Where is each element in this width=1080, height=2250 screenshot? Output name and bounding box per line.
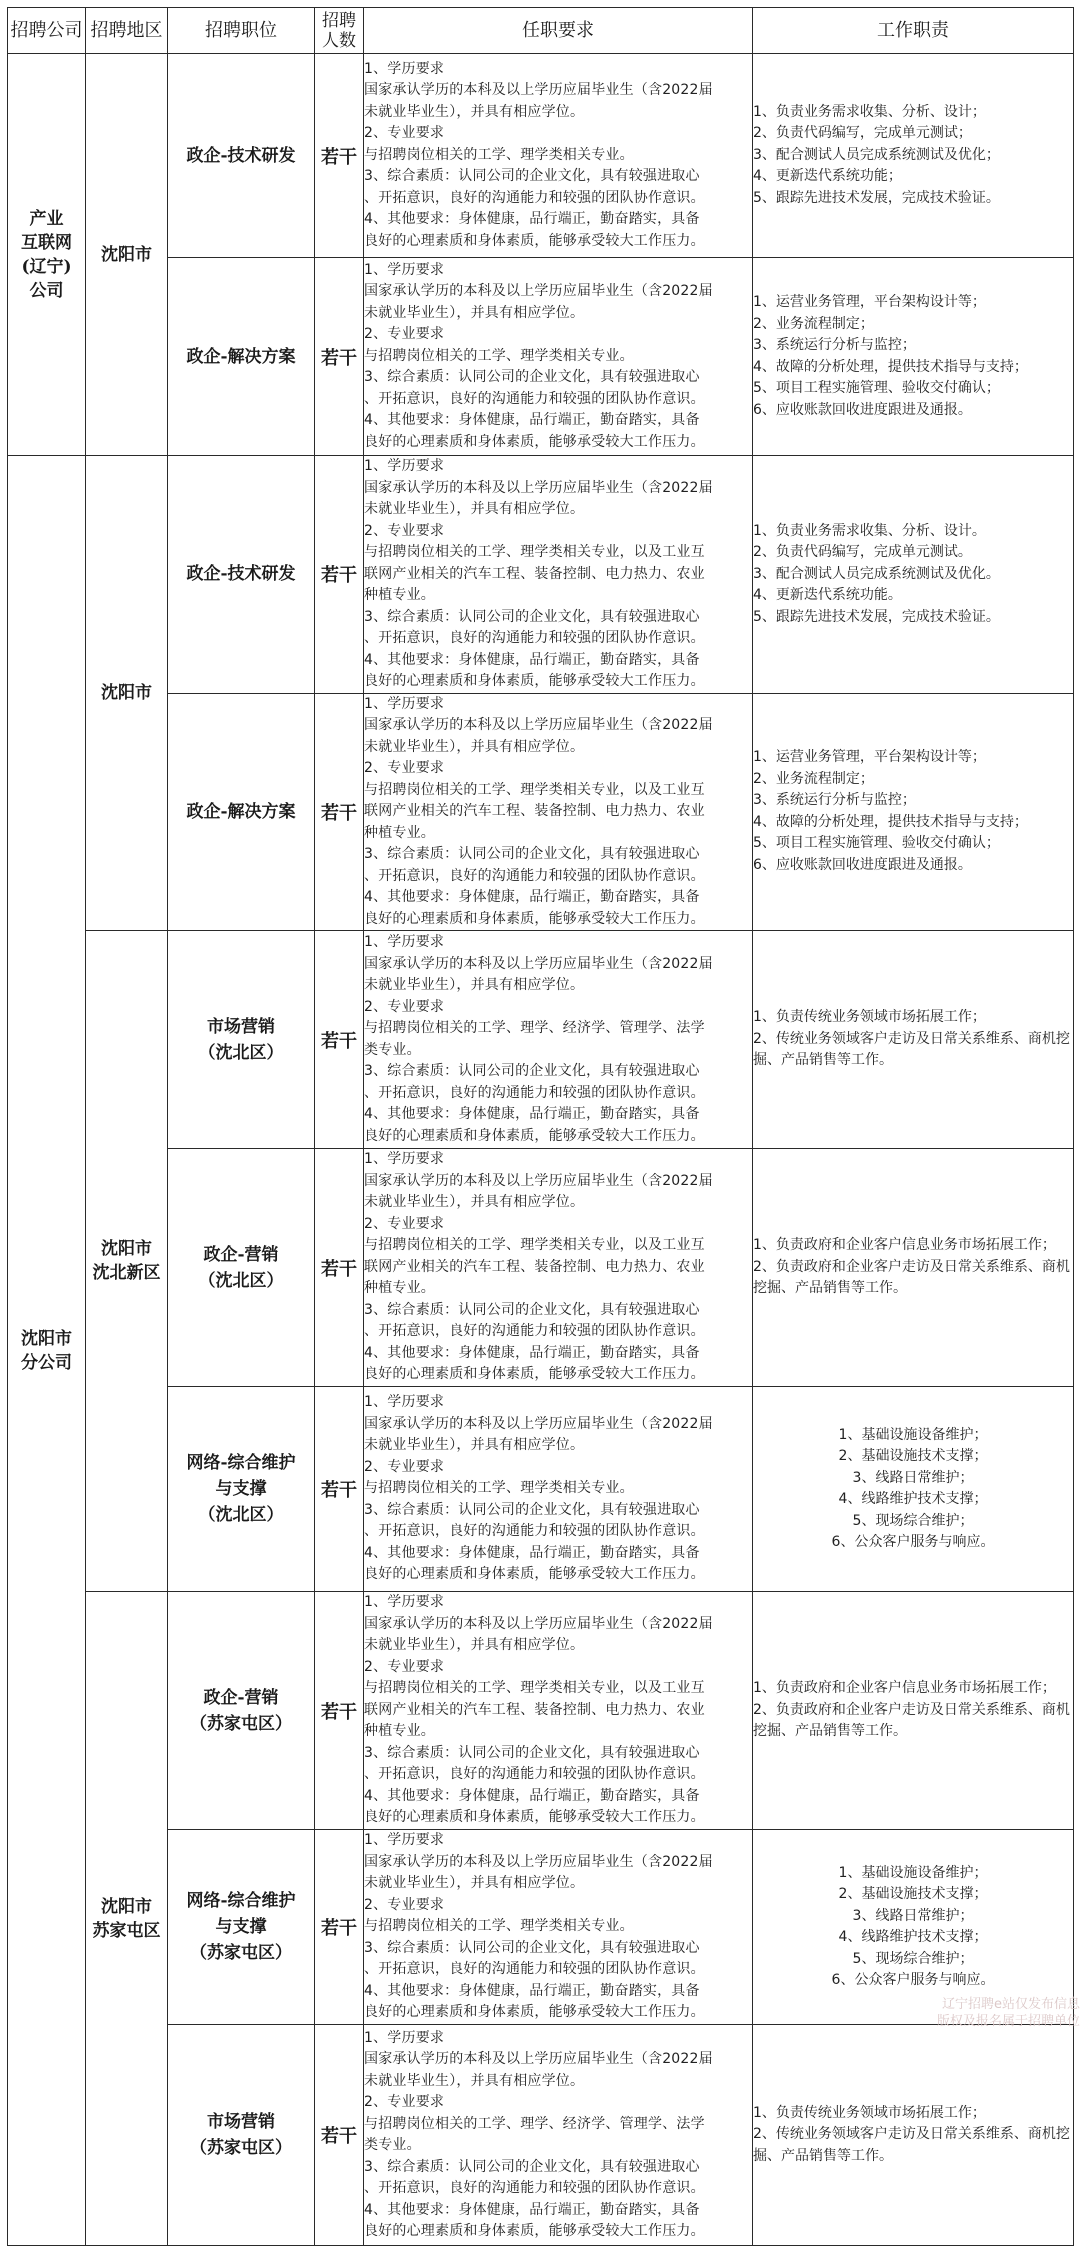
- duty-line: 6、应收账款回收进度跟进及通报。: [753, 400, 1073, 422]
- duty-line: 3、系统运行分析与监控；: [753, 790, 1073, 812]
- requirement-line: 1、学历要求: [364, 1149, 752, 1171]
- count-cell: 若干: [315, 456, 364, 694]
- requirement-line: 4、其他要求：身体健康，品行端正，勤奋踏实，具备: [364, 2200, 752, 2222]
- duty-line: 2、业务流程制定；: [753, 769, 1073, 791]
- requirement-line: 种植专业。: [364, 585, 752, 607]
- count-cell: 若干: [315, 1387, 364, 1592]
- duty-line: 4、故障的分析处理，提供技术指导与支持；: [753, 812, 1073, 834]
- requirement-line: 国家承认学历的本科及以上学历应届毕业生（含2022届: [364, 1171, 752, 1193]
- requirement-line: 2、专业要求: [364, 123, 752, 145]
- duty-line: 4、更新迭代系统功能；: [753, 166, 1073, 188]
- requirement-line: 良好的心理素质和身体素质，能够承受较大工作压力。: [364, 1126, 752, 1148]
- header-count: 招聘 人数: [315, 8, 364, 54]
- duty-line: 2、基础设施技术支撑；: [753, 1446, 1073, 1468]
- requirements-cell: 1、学历要求国家承认学历的本科及以上学历应届毕业生（含2022届未就业毕业生），…: [364, 456, 753, 694]
- requirement-line: 未就业毕业生），并具有相应学位。: [364, 975, 752, 997]
- region-cell-line: 苏家屯区: [86, 1919, 167, 1943]
- position-cell: 政企-营销（沈北区）: [168, 1149, 315, 1387]
- header-count-line2: 人数: [315, 31, 363, 51]
- position-cell: 网络-综合维护与支撑（沈北区）: [168, 1387, 315, 1592]
- duty-line: 6、公众客户服务与响应。: [753, 1970, 1073, 1992]
- requirement-line: 3、综合素质：认同公司的企业文化，具有较强进取心: [364, 166, 752, 188]
- company-cell-line: (辽宁): [8, 255, 85, 279]
- duties-cell: 1、运营业务管理，平台架构设计等；2、业务流程制定；3、系统运行分析与监控；4、…: [753, 693, 1074, 931]
- duties-cell: 1、基础设施设备维护；2、基础设施技术支撑；3、线路日常维护；4、线路维护技术支…: [753, 1830, 1074, 2025]
- requirement-line: 2、专业要求: [364, 1457, 752, 1479]
- table-row: 产业互联网(辽宁)公司沈阳市政企-技术研发若干1、学历要求国家承认学历的本科及以…: [8, 54, 1074, 258]
- duty-line: 6、公众客户服务与响应。: [753, 1532, 1073, 1554]
- requirement-line: 1、学历要求: [364, 456, 752, 478]
- header-requirements: 任职要求: [364, 8, 753, 54]
- requirement-line: 国家承认学历的本科及以上学历应届毕业生（含2022届: [364, 80, 752, 102]
- region-cell-line: 沈北新区: [86, 1261, 167, 1285]
- header-company: 招聘公司: [8, 8, 86, 54]
- requirement-line: 与招聘岗位相关的工学、理学类相关专业。: [364, 346, 752, 368]
- requirement-line: 4、其他要求：身体健康，品行端正，勤奋踏实，具备: [364, 887, 752, 909]
- requirement-line: 2、专业要求: [364, 1895, 752, 1917]
- requirement-line: 3、综合素质：认同公司的企业文化，具有较强进取心: [364, 367, 752, 389]
- requirement-line: 4、其他要求：身体健康，品行端正，勤奋踏实，具备: [364, 650, 752, 672]
- requirement-line: 、开拓意识，良好的沟通能力和较强的团队协作意识。: [364, 1521, 752, 1543]
- requirement-line: 与招聘岗位相关的工学、理学类相关专业。: [364, 145, 752, 167]
- requirement-line: 类专业。: [364, 2135, 752, 2157]
- position-cell: 政企-解决方案: [168, 258, 315, 456]
- requirement-line: 与招聘岗位相关的工学、理学类相关专业，以及工业互: [364, 1678, 752, 1700]
- company-cell: 产业互联网(辽宁)公司: [8, 54, 86, 456]
- duty-line: 1、负责政府和企业客户信息业务市场拓展工作；: [753, 1235, 1073, 1257]
- requirement-line: 1、学历要求: [364, 932, 752, 954]
- duty-line: 3、配合测试人员完成系统测试及优化；: [753, 145, 1073, 167]
- requirement-line: 、开拓意识，良好的沟通能力和较强的团队协作意识。: [364, 1321, 752, 1343]
- requirement-line: 1、学历要求: [364, 1392, 752, 1414]
- duty-line: 5、跟踪先进技术发展，完成技术验证。: [753, 188, 1073, 210]
- position-cell: 政企-技术研发: [168, 54, 315, 258]
- position-cell: 政企-技术研发: [168, 456, 315, 694]
- requirement-line: 种植专业。: [364, 823, 752, 845]
- duty-line: 1、运营业务管理，平台架构设计等；: [753, 747, 1073, 769]
- table-row: 网络-综合维护与支撑（沈北区）若干1、学历要求国家承认学历的本科及以上学历应届毕…: [8, 1387, 1074, 1592]
- requirement-line: 与招聘岗位相关的工学、理学、经济学、管理学、法学: [364, 2114, 752, 2136]
- requirement-line: 2、专业要求: [364, 521, 752, 543]
- company-cell-line: 公司: [8, 279, 85, 303]
- table-row: 政企-营销（沈北区）若干1、学历要求国家承认学历的本科及以上学历应届毕业生（含2…: [8, 1149, 1074, 1387]
- requirement-line: 3、综合素质：认同公司的企业文化，具有较强进取心: [364, 1743, 752, 1765]
- requirement-line: 2、专业要求: [364, 324, 752, 346]
- requirement-line: 国家承认学历的本科及以上学历应届毕业生（含2022届: [364, 2049, 752, 2071]
- position-cell-line: （苏家屯区）: [168, 2135, 314, 2161]
- position-cell-line: （苏家屯区）: [168, 1711, 314, 1737]
- requirement-line: 1、学历要求: [364, 1592, 752, 1614]
- company-cell-line: 分公司: [8, 1351, 85, 1375]
- requirement-line: 2、专业要求: [364, 758, 752, 780]
- position-cell-line: （沈北区）: [168, 1268, 314, 1294]
- requirement-line: 、开拓意识，良好的沟通能力和较强的团队协作意识。: [364, 2178, 752, 2200]
- duties-cell: 1、负责传统业务领域市场拓展工作；2、传统业务领域客户走访及日常关系维系、商机挖…: [753, 931, 1074, 1149]
- position-cell-line: 网络-综合维护: [168, 1888, 314, 1914]
- duties-cell: 1、基础设施设备维护；2、基础设施技术支撑；3、线路日常维护；4、线路维护技术支…: [753, 1387, 1074, 1592]
- position-cell-line: （沈北区）: [168, 1502, 314, 1528]
- requirement-line: 与招聘岗位相关的工学、理学类相关专业，以及工业互: [364, 1235, 752, 1257]
- company-cell-line: 产业: [8, 207, 85, 231]
- requirement-line: 未就业毕业生），并具有相应学位。: [364, 303, 752, 325]
- count-cell: 若干: [315, 2025, 364, 2246]
- duty-line: 3、线路日常维护；: [753, 1468, 1073, 1490]
- requirement-line: 2、专业要求: [364, 2092, 752, 2114]
- requirement-line: 国家承认学历的本科及以上学历应届毕业生（含2022届: [364, 1414, 752, 1436]
- duty-line: 5、项目工程实施管理、验收交付确认；: [753, 833, 1073, 855]
- region-cell: 沈阳市: [86, 54, 168, 456]
- requirement-line: 未就业毕业生），并具有相应学位。: [364, 1192, 752, 1214]
- requirement-line: 、开拓意识，良好的沟通能力和较强的团队协作意识。: [364, 389, 752, 411]
- requirement-line: 联网产业相关的汽车工程、装备控制、电力热力、农业: [364, 1700, 752, 1722]
- count-cell: 若干: [315, 1149, 364, 1387]
- duty-line: 2、负责政府和企业客户走访及日常关系维系、商机挖掘、产品销售等工作。: [753, 1700, 1073, 1743]
- requirement-line: 3、综合素质：认同公司的企业文化，具有较强进取心: [364, 607, 752, 629]
- requirement-line: 良好的心理素质和身体素质，能够承受较大工作压力。: [364, 671, 752, 693]
- requirement-line: 未就业毕业生），并具有相应学位。: [364, 1873, 752, 1895]
- table-row: 沈阳市分公司沈阳市政企-技术研发若干1、学历要求国家承认学历的本科及以上学历应届…: [8, 456, 1074, 694]
- region-cell: 沈阳市苏家屯区: [86, 1592, 168, 2246]
- duties-cell: 1、负责传统业务领域市场拓展工作；2、传统业务领域客户走访及日常关系维系、商机挖…: [753, 2025, 1074, 2246]
- position-cell-line: 市场营销: [168, 1014, 314, 1040]
- duty-line: 2、负责代码编写，完成单元测试；: [753, 123, 1073, 145]
- table-row: 政企-解决方案若干1、学历要求国家承认学历的本科及以上学历应届毕业生（含2022…: [8, 693, 1074, 931]
- duty-line: 1、运营业务管理，平台架构设计等；: [753, 292, 1073, 314]
- duty-line: 4、更新迭代系统功能。: [753, 585, 1073, 607]
- company-cell-line: 互联网: [8, 231, 85, 255]
- requirement-line: 4、其他要求：身体健康，品行端正，勤奋踏实，具备: [364, 1543, 752, 1565]
- count-cell: 若干: [315, 693, 364, 931]
- position-cell-line: 政企-解决方案: [168, 344, 314, 370]
- position-cell-line: 与支撑: [168, 1476, 314, 1502]
- duties-cell: 1、运营业务管理，平台架构设计等；2、业务流程制定；3、系统运行分析与监控；4、…: [753, 258, 1074, 456]
- requirement-line: 、开拓意识，良好的沟通能力和较强的团队协作意识。: [364, 1959, 752, 1981]
- requirements-cell: 1、学历要求国家承认学历的本科及以上学历应届毕业生（含2022届未就业毕业生），…: [364, 258, 753, 456]
- requirement-line: 良好的心理素质和身体素质，能够承受较大工作压力。: [364, 231, 752, 253]
- duties-cell: 1、负责政府和企业客户信息业务市场拓展工作；2、负责政府和企业客户走访及日常关系…: [753, 1592, 1074, 1830]
- duty-line: 2、负责政府和企业客户走访及日常关系维系、商机挖掘、产品销售等工作。: [753, 1257, 1073, 1300]
- duty-line: 3、线路日常维护；: [753, 1906, 1073, 1928]
- requirement-line: 联网产业相关的汽车工程、装备控制、电力热力、农业: [364, 1257, 752, 1279]
- requirement-line: 2、专业要求: [364, 997, 752, 1019]
- requirement-line: 良好的心理素质和身体素质，能够承受较大工作压力。: [364, 2002, 752, 2024]
- requirement-line: 与招聘岗位相关的工学、理学、经济学、管理学、法学: [364, 1018, 752, 1040]
- requirement-line: 类专业。: [364, 1040, 752, 1062]
- requirement-line: 种植专业。: [364, 1721, 752, 1743]
- position-cell: 市场营销（苏家屯区）: [168, 2025, 315, 2246]
- requirements-cell: 1、学历要求国家承认学历的本科及以上学历应届毕业生（含2022届未就业毕业生），…: [364, 2025, 753, 2246]
- header-count-line1: 招聘: [315, 11, 363, 31]
- position-cell: 政企-营销（苏家屯区）: [168, 1592, 315, 1830]
- position-cell-line: （沈北区）: [168, 1040, 314, 1066]
- requirement-line: 联网产业相关的汽车工程、装备控制、电力热力、农业: [364, 801, 752, 823]
- duty-line: 5、跟踪先进技术发展，完成技术验证。: [753, 607, 1073, 629]
- table-row: 网络-综合维护与支撑（苏家屯区）若干1、学历要求国家承认学历的本科及以上学历应届…: [8, 1830, 1074, 2025]
- requirement-line: 3、综合素质：认同公司的企业文化，具有较强进取心: [364, 1938, 752, 1960]
- requirement-line: 良好的心理素质和身体素质，能够承受较大工作压力。: [364, 1807, 752, 1829]
- count-cell: 若干: [315, 1592, 364, 1830]
- duty-line: 3、系统运行分析与监控；: [753, 335, 1073, 357]
- duty-line: 5、项目工程实施管理、验收交付确认；: [753, 378, 1073, 400]
- requirement-line: 良好的心理素质和身体素质，能够承受较大工作压力。: [364, 1364, 752, 1386]
- table-row: 沈阳市苏家屯区政企-营销（苏家屯区）若干1、学历要求国家承认学历的本科及以上学历…: [8, 1592, 1074, 1830]
- duties-cell: 1、负责政府和企业客户信息业务市场拓展工作；2、负责政府和企业客户走访及日常关系…: [753, 1149, 1074, 1387]
- count-cell: 若干: [315, 54, 364, 258]
- requirement-line: 国家承认学历的本科及以上学历应届毕业生（含2022届: [364, 954, 752, 976]
- position-cell-line: （苏家屯区）: [168, 1940, 314, 1966]
- requirements-cell: 1、学历要求国家承认学历的本科及以上学历应届毕业生（含2022届未就业毕业生），…: [364, 931, 753, 1149]
- requirement-line: 与招聘岗位相关的工学、理学类相关专业。: [364, 1916, 752, 1938]
- requirement-line: 、开拓意识，良好的沟通能力和较强的团队协作意识。: [364, 1764, 752, 1786]
- duty-line: 1、负责政府和企业客户信息业务市场拓展工作；: [753, 1678, 1073, 1700]
- requirements-cell: 1、学历要求国家承认学历的本科及以上学历应届毕业生（含2022届未就业毕业生），…: [364, 1149, 753, 1387]
- position-cell-line: 政企-技术研发: [168, 143, 314, 169]
- header-region: 招聘地区: [86, 8, 168, 54]
- position-cell: 政企-解决方案: [168, 693, 315, 931]
- requirement-line: 、开拓意识，良好的沟通能力和较强的团队协作意识。: [364, 628, 752, 650]
- position-cell: 网络-综合维护与支撑（苏家屯区）: [168, 1830, 315, 2025]
- count-cell: 若干: [315, 931, 364, 1149]
- requirement-line: 4、其他要求：身体健康，品行端正，勤奋踏实，具备: [364, 1786, 752, 1808]
- region-cell: 沈阳市沈北新区: [86, 931, 168, 1592]
- requirements-cell: 1、学历要求国家承认学历的本科及以上学历应届毕业生（含2022届未就业毕业生），…: [364, 54, 753, 258]
- position-cell-line: 市场营销: [168, 2109, 314, 2135]
- requirement-line: 与招聘岗位相关的工学、理学类相关专业。: [364, 1478, 752, 1500]
- company-cell-line: 沈阳市: [8, 1327, 85, 1351]
- duties-cell: 1、负责业务需求收集、分析、设计。2、负责代码编写，完成单元测试。3、配合测试人…: [753, 456, 1074, 694]
- requirement-line: 2、专业要求: [364, 1657, 752, 1679]
- requirement-line: 4、其他要求：身体健康，品行端正，勤奋踏实，具备: [364, 1343, 752, 1365]
- requirement-line: 未就业毕业生），并具有相应学位。: [364, 1435, 752, 1457]
- requirement-line: 、开拓意识，良好的沟通能力和较强的团队协作意识。: [364, 866, 752, 888]
- requirement-line: 良好的心理素质和身体素质，能够承受较大工作压力。: [364, 432, 752, 454]
- duty-line: 3、配合测试人员完成系统测试及优化。: [753, 564, 1073, 586]
- requirement-line: 未就业毕业生），并具有相应学位。: [364, 102, 752, 124]
- region-cell: 沈阳市: [86, 456, 168, 931]
- requirement-line: 联网产业相关的汽车工程、装备控制、电力热力、农业: [364, 564, 752, 586]
- duty-line: 2、业务流程制定；: [753, 314, 1073, 336]
- duty-line: 1、负责传统业务领域市场拓展工作；: [753, 2103, 1073, 2125]
- duty-line: 2、传统业务领域客户走访及日常关系维系、商机挖掘、产品销售等工作。: [753, 1029, 1073, 1072]
- table-row: 政企-解决方案若干1、学历要求国家承认学历的本科及以上学历应届毕业生（含2022…: [8, 258, 1074, 456]
- requirements-cell: 1、学历要求国家承认学历的本科及以上学历应届毕业生（含2022届未就业毕业生），…: [364, 693, 753, 931]
- requirement-line: 1、学历要求: [364, 260, 752, 282]
- requirement-line: 未就业毕业生），并具有相应学位。: [364, 737, 752, 759]
- company-cell: 沈阳市分公司: [8, 456, 86, 2246]
- duty-line: 1、负责业务需求收集、分析、设计；: [753, 102, 1073, 124]
- requirements-cell: 1、学历要求国家承认学历的本科及以上学历应届毕业生（含2022届未就业毕业生），…: [364, 1830, 753, 2025]
- requirement-line: 种植专业。: [364, 1278, 752, 1300]
- duty-line: 2、传统业务领域客户走访及日常关系维系、商机挖掘、产品销售等工作。: [753, 2124, 1073, 2167]
- requirement-line: 4、其他要求：身体健康，品行端正，勤奋踏实，具备: [364, 1104, 752, 1126]
- requirement-line: 4、其他要求：身体健康，品行端正，勤奋踏实，具备: [364, 410, 752, 432]
- position-cell-line: 政企-技术研发: [168, 561, 314, 587]
- requirement-line: 、开拓意识，良好的沟通能力和较强的团队协作意识。: [364, 1083, 752, 1105]
- header-duties: 工作职责: [753, 8, 1074, 54]
- requirement-line: 与招聘岗位相关的工学、理学类相关专业，以及工业互: [364, 542, 752, 564]
- requirement-line: 3、综合素质：认同公司的企业文化，具有较强进取心: [364, 1300, 752, 1322]
- duty-line: 1、基础设施设备维护；: [753, 1425, 1073, 1447]
- position-cell: 市场营销（沈北区）: [168, 931, 315, 1149]
- requirement-line: 未就业毕业生），并具有相应学位。: [364, 499, 752, 521]
- requirement-line: 1、学历要求: [364, 59, 752, 81]
- requirement-line: 2、专业要求: [364, 1214, 752, 1236]
- duty-line: 5、现场综合维护；: [753, 1511, 1073, 1533]
- requirement-line: 国家承认学历的本科及以上学历应届毕业生（含2022届: [364, 281, 752, 303]
- duty-line: 6、应收账款回收进度跟进及通报。: [753, 855, 1073, 877]
- position-cell-line: 与支撑: [168, 1914, 314, 1940]
- requirements-cell: 1、学历要求国家承认学历的本科及以上学历应届毕业生（含2022届未就业毕业生），…: [364, 1387, 753, 1592]
- region-cell-line: 沈阳市: [86, 243, 167, 267]
- requirement-line: 未就业毕业生），并具有相应学位。: [364, 2071, 752, 2093]
- duty-line: 5、现场综合维护；: [753, 1949, 1073, 1971]
- requirement-line: 3、综合素质：认同公司的企业文化，具有较强进取心: [364, 1061, 752, 1083]
- duty-line: 2、基础设施技术支撑；: [753, 1884, 1073, 1906]
- header-row: 招聘公司 招聘地区 招聘职位 招聘 人数 任职要求 工作职责: [8, 8, 1074, 54]
- requirement-line: 1、学历要求: [364, 2028, 752, 2050]
- requirement-line: 3、综合素质：认同公司的企业文化，具有较强进取心: [364, 2157, 752, 2179]
- region-cell-line: 沈阳市: [86, 1895, 167, 1919]
- duty-line: 4、线路维护技术支撑；: [753, 1489, 1073, 1511]
- requirements-cell: 1、学历要求国家承认学历的本科及以上学历应届毕业生（含2022届未就业毕业生），…: [364, 1592, 753, 1830]
- table-row: 沈阳市沈北新区市场营销（沈北区）若干1、学历要求国家承认学历的本科及以上学历应届…: [8, 931, 1074, 1149]
- requirement-line: 国家承认学历的本科及以上学历应届毕业生（含2022届: [364, 478, 752, 500]
- requirement-line: 、开拓意识，良好的沟通能力和较强的团队协作意识。: [364, 188, 752, 210]
- requirement-line: 国家承认学历的本科及以上学历应届毕业生（含2022届: [364, 715, 752, 737]
- header-position: 招聘职位: [168, 8, 315, 54]
- duty-line: 1、负责传统业务领域市场拓展工作；: [753, 1007, 1073, 1029]
- duty-line: 2、负责代码编写，完成单元测试。: [753, 542, 1073, 564]
- requirement-line: 良好的心理素质和身体素质，能够承受较大工作压力。: [364, 909, 752, 931]
- requirement-line: 3、综合素质：认同公司的企业文化，具有较强进取心: [364, 1500, 752, 1522]
- duty-line: 1、负责业务需求收集、分析、设计。: [753, 521, 1073, 543]
- recruitment-table: 招聘公司 招聘地区 招聘职位 招聘 人数 任职要求 工作职责 产业互联网(辽宁)…: [7, 7, 1074, 2246]
- duty-line: 4、线路维护技术支撑；: [753, 1927, 1073, 1949]
- region-cell-line: 沈阳市: [86, 1237, 167, 1261]
- position-cell-line: 政企-营销: [168, 1242, 314, 1268]
- requirement-line: 国家承认学历的本科及以上学历应届毕业生（含2022届: [364, 1852, 752, 1874]
- position-cell-line: 网络-综合维护: [168, 1450, 314, 1476]
- duties-cell: 1、负责业务需求收集、分析、设计；2、负责代码编写，完成单元测试；3、配合测试人…: [753, 54, 1074, 258]
- requirement-line: 国家承认学历的本科及以上学历应届毕业生（含2022届: [364, 1614, 752, 1636]
- requirement-line: 4、其他要求：身体健康，品行端正，勤奋踏实，具备: [364, 209, 752, 231]
- requirement-line: 未就业毕业生），并具有相应学位。: [364, 1635, 752, 1657]
- requirement-line: 1、学历要求: [364, 694, 752, 716]
- requirement-line: 与招聘岗位相关的工学、理学类相关专业，以及工业互: [364, 780, 752, 802]
- requirement-line: 良好的心理素质和身体素质，能够承受较大工作压力。: [364, 2221, 752, 2243]
- duty-line: 4、故障的分析处理，提供技术指导与支持；: [753, 357, 1073, 379]
- requirement-line: 3、综合素质：认同公司的企业文化，具有较强进取心: [364, 844, 752, 866]
- duty-line: 1、基础设施设备维护；: [753, 1863, 1073, 1885]
- count-cell: 若干: [315, 258, 364, 456]
- position-cell-line: 政企-营销: [168, 1685, 314, 1711]
- requirement-line: 1、学历要求: [364, 1830, 752, 1852]
- count-cell: 若干: [315, 1830, 364, 2025]
- requirement-line: 良好的心理素质和身体素质，能够承受较大工作压力。: [364, 1564, 752, 1586]
- position-cell-line: 政企-解决方案: [168, 799, 314, 825]
- requirement-line: 4、其他要求：身体健康，品行端正，勤奋踏实，具备: [364, 1981, 752, 2003]
- table-row: 市场营销（苏家屯区）若干1、学历要求国家承认学历的本科及以上学历应届毕业生（含2…: [8, 2025, 1074, 2246]
- region-cell-line: 沈阳市: [86, 681, 167, 705]
